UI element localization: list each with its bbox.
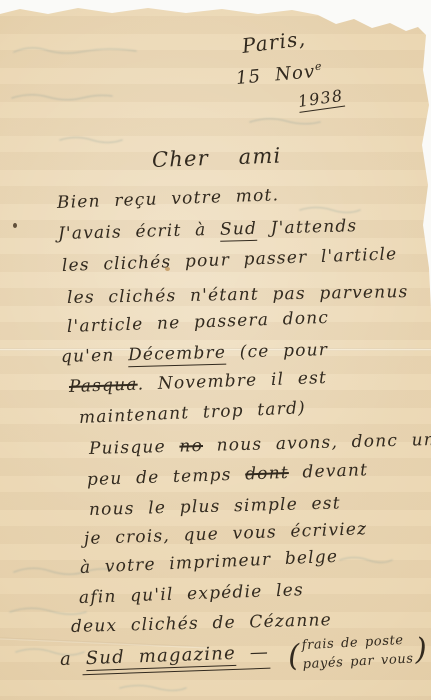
line-text: maintenant trop tard) [79,398,307,428]
line-text: (ce pour [226,340,329,363]
letter-line: Pasqua. Novembre il est [69,368,328,397]
postscript-lines: frais de poste payés par vous [301,631,414,674]
letter-line: peu de temps dont devant [87,460,369,490]
struck-word [279,185,280,205]
postscript-parenthetical: ( frais de poste payés par vous ) [287,631,428,676]
date-day-month-text: 15 Nov [235,61,316,89]
struck-word [304,580,305,600]
verso-ink-traces [0,0,431,700]
line-text: a [60,648,87,670]
struck-word: dont [245,463,289,485]
line-text: afin qu'il expédie les [79,580,305,608]
underlined-word [279,185,280,205]
show-through-writing [0,0,431,700]
letter-line: Puisque no nous avons, donc un [89,430,431,459]
underlined-word [332,610,333,630]
letter-line: les clichés pour passer l'article [62,244,398,276]
struck-word [235,643,236,664]
underlined-word [304,580,305,600]
line-text: deux clichés de Cézanne [71,610,332,637]
letter-line: deux clichés de Cézanne [71,610,332,637]
line-text: je crois, que vous écriviez [84,519,368,549]
line-text [367,519,368,539]
line-text: Puisque [89,437,180,459]
letter-line: nous le plus simple est [89,493,341,520]
underlined-word [338,547,339,567]
ink-speck-stain [13,223,17,228]
line-text [397,244,398,264]
underlined-word [397,244,398,264]
line-text: nous avons, donc un [203,430,431,456]
date-city-text: Paris, [241,26,308,58]
underlined-word [179,437,180,457]
line-text: l'article ne passera donc [67,308,330,337]
struck-word [397,244,398,264]
struck-word: Pasqua [69,375,138,397]
horizontal-fold-crease [0,348,431,351]
underlined-word [69,377,70,397]
underlined-word [305,398,306,418]
date-city: Paris, [241,26,308,58]
line-text: Bien reçu votre mot. [57,185,280,213]
struck-word [332,610,333,630]
aged-paper-sheet: Paris, 15 Nove 1938 Cher ami Bien reçu v… [0,0,431,700]
letter-line: à votre imprimeur belge [80,547,339,578]
line-text: . Novembre il est [137,368,327,395]
letter-line: a Sud magazine — [60,642,270,670]
salutation-text: Cher ami [152,143,282,172]
postscript-line-1: frais de poste [301,631,413,656]
line-text [69,377,70,397]
date-year: 1938 [297,86,345,111]
date-day-month: 15 Nove [235,60,323,89]
open-paren: ( [287,641,301,672]
date-year-text: 1938 [297,86,345,113]
line-text [338,547,339,567]
date-superscript: e [314,60,322,74]
salutation: Cher ami [152,143,282,172]
line-text [332,610,333,630]
line-text [305,398,306,418]
line-text [340,493,341,513]
struck-word [338,547,339,567]
underlined-word [245,464,246,484]
line-text: qu'en [61,345,129,367]
underlined-word: Décembre [128,343,227,368]
struck-word [226,343,227,363]
line-text: devant [288,460,368,483]
line-text: les clichés n'étant pas parvenus [67,282,409,308]
line-text [329,308,330,328]
underlined-word [329,308,330,328]
letter-line: afin qu'il expédie les [79,580,305,608]
close-paren: ) [414,635,428,666]
underlined-word [367,519,368,539]
struck-word [257,219,258,239]
letter-line: qu'en Décembre (ce pour [61,340,329,367]
line-text [279,185,280,205]
letter-line: maintenant trop tard) [79,398,307,428]
underlined-word: Sud magazine [85,643,236,671]
line-text: nous le plus simple est [89,493,341,520]
letter-line: les clichés n'étant pas parvenus [67,282,409,308]
struck-word: no [179,436,203,457]
lower-fold-crease [0,637,210,648]
struck-word [305,398,306,418]
underlined-word [340,493,341,513]
line-text: les clichés pour passer l'article [62,244,398,276]
struck-word [329,308,330,328]
rust-spot-stain [165,267,170,271]
postscript-line-2: payés par vous [302,650,414,675]
letter-line: Bien reçu votre mot. [57,185,280,213]
line-text: à votre imprimeur belge [80,547,339,578]
line-text: peu de temps [87,464,246,490]
struck-word [367,519,368,539]
underlined-word: Sud [220,219,258,242]
struck-word [340,493,341,513]
letter-line: je crois, que vous écriviez [84,519,368,549]
photographed-letter: Paris, 15 Nove 1938 Cher ami Bien reçu v… [0,0,431,700]
line-text: J'avais écrit à [58,220,221,244]
line-text [304,580,305,600]
line-text: J'attends [257,216,358,239]
letter-line: l'article ne passera donc [67,308,330,337]
letter-line: J'avais écrit à Sud J'attends [58,216,358,244]
line-text: — [235,642,269,664]
